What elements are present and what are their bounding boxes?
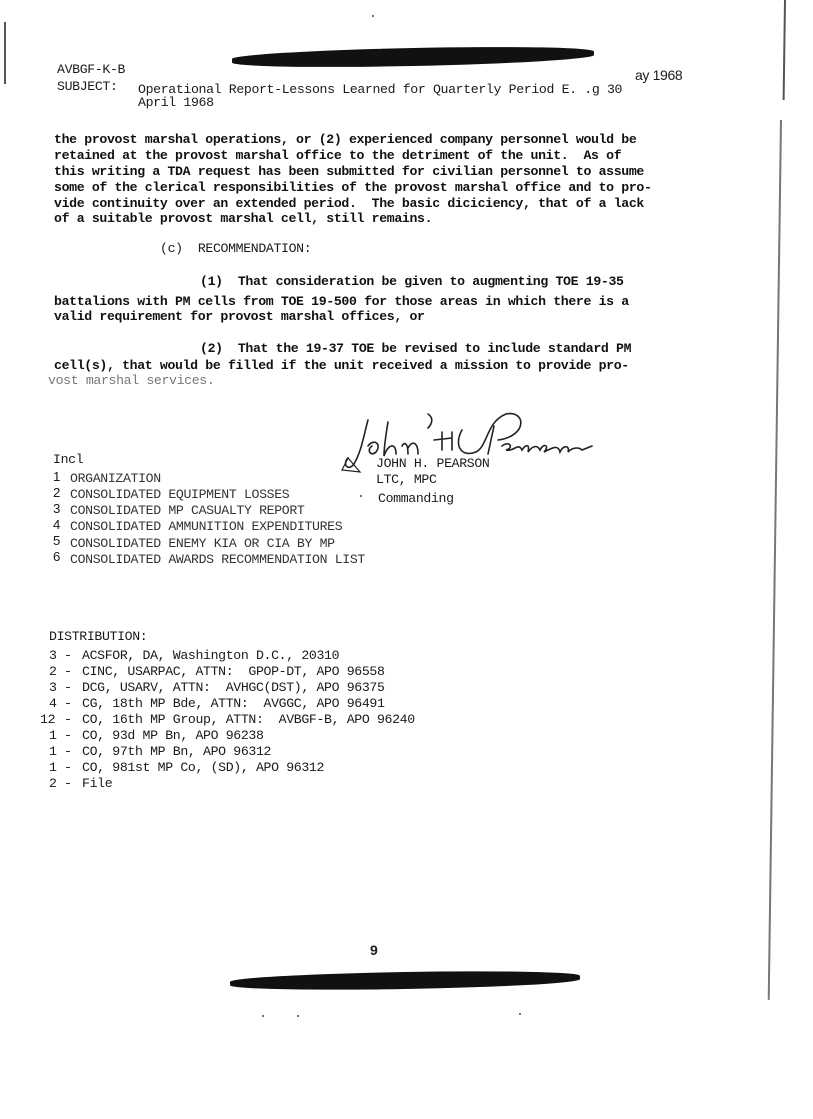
inclosure-number: 1 <box>53 469 60 485</box>
distribution-count: 3 <box>49 648 57 664</box>
inclosure-number: 6 <box>53 549 60 565</box>
distribution-recipient: CINC, USARPAC, ATTN: GPOP-DT, APO 96558 <box>82 664 385 680</box>
distribution-count: 4 <box>49 696 57 712</box>
distribution-count: 3 <box>49 680 57 696</box>
paragraph-line: retained at the provost marshal office t… <box>54 148 621 164</box>
subject-label: SUBJECT: <box>57 79 118 95</box>
subject-line-2: April 1968 <box>138 95 214 111</box>
scan-speck <box>360 495 362 497</box>
inclosure-title: CONSOLIDATED ENEMY KIA OR CIA BY MP <box>70 536 335 552</box>
redacted-classification-top <box>232 44 594 70</box>
distribution-dash: - <box>64 728 72 744</box>
distribution-recipient: CO, 97th MP Bn, APO 96312 <box>82 744 271 760</box>
distribution-count: 1 <box>49 728 57 744</box>
inclosure-title: CONSOLIDATED AMMUNITION EXPENDITURES <box>70 519 342 535</box>
distribution-recipient: CO, 93d MP Bn, APO 96238 <box>82 728 264 744</box>
paragraph-line: this writing a TDA request has been subm… <box>54 164 644 180</box>
inclosure-title: CONSOLIDATED EQUIPMENT LOSSES <box>70 487 289 503</box>
distribution-dash: - <box>64 760 72 776</box>
distribution-dash: - <box>64 696 72 712</box>
distribution-dash: - <box>64 664 72 680</box>
scan-speck <box>519 1013 521 1015</box>
signer-name: JOHN H. PEARSON <box>376 456 489 472</box>
inclosure-number: 5 <box>53 533 60 549</box>
scan-speck <box>372 15 374 17</box>
recommendation-line: (2) That the 19-37 TOE be revised to inc… <box>200 341 631 357</box>
inclosure-title: CONSOLIDATED AWARDS RECOMMENDATION LIST <box>70 552 365 568</box>
paragraph-line: the provost marshal operations, or (2) e… <box>54 132 636 148</box>
paragraph-line: some of the clerical responsibilities of… <box>54 180 652 196</box>
distribution-recipient: ACSFOR, DA, Washington D.C., 20310 <box>82 648 339 664</box>
distribution-recipient: DCG, USARV, ATTN: AVHGC(DST), APO 96375 <box>82 680 385 696</box>
recommendation-line: battalions with PM cells from TOE 19-500… <box>54 294 629 310</box>
distribution-count: 12 <box>40 712 55 728</box>
distribution-dash: - <box>64 776 72 792</box>
page-number: 9 <box>370 942 377 958</box>
distribution-recipient: File <box>82 776 112 792</box>
recommendation-line: valid requirement for provost marshal of… <box>54 309 425 325</box>
signer-title: Commanding <box>378 491 454 507</box>
redacted-classification-bottom <box>230 969 580 992</box>
inclosure-number: 3 <box>53 501 60 517</box>
inclosure-title: CONSOLIDATED MP CASUALTY REPORT <box>70 503 304 519</box>
distribution-dash: - <box>64 712 72 728</box>
scan-edge-line-left <box>4 22 6 84</box>
scan-edge-line-right <box>783 0 786 100</box>
scan-edge-line-right-lower <box>768 120 782 1000</box>
recommendation-heading: (c) RECOMMENDATION: <box>160 241 311 257</box>
distribution-dash: - <box>64 648 72 664</box>
distribution-recipient: CO, 16th MP Group, ATTN: AVBGF-B, APO 96… <box>82 712 415 728</box>
distribution-count: 2 <box>49 664 57 680</box>
signer-rank: LTC, MPC <box>376 472 437 488</box>
recommendation-line: vost marshal services. <box>48 373 214 389</box>
distribution-count: 1 <box>49 744 57 760</box>
document-date: ay 1968 <box>635 67 682 83</box>
inclosure-title: ORGANIZATION <box>70 471 161 487</box>
distribution-recipient: CG, 18th MP Bde, ATTN: AVGGC, APO 96491 <box>82 696 385 712</box>
distribution-recipient: CO, 981st MP Co, (SD), APO 96312 <box>82 760 324 776</box>
inclosure-number: 2 <box>53 485 60 501</box>
recommendation-line: (1) That consideration be given to augme… <box>200 274 624 290</box>
scan-speck <box>297 1015 299 1017</box>
paragraph-line: of a suitable provost marshal cell, stil… <box>54 211 432 227</box>
distribution-count: 2 <box>49 776 57 792</box>
distribution-label: DISTRIBUTION: <box>49 629 147 645</box>
recommendation-line: cell(s), that would be filled if the uni… <box>54 358 629 374</box>
distribution-dash: - <box>64 680 72 696</box>
distribution-dash: - <box>64 744 72 760</box>
office-symbol: AVBGF-K-B <box>57 62 125 78</box>
scanned-document-page: AVBGF-K-B ay 1968 SUBJECT: Operational R… <box>0 0 813 1119</box>
paragraph-line: vide continuity over an extended period.… <box>54 196 644 212</box>
inclosures-label: Incl <box>53 452 83 468</box>
inclosure-number: 4 <box>53 517 60 533</box>
scan-speck <box>262 1015 264 1017</box>
distribution-count: 1 <box>49 760 57 776</box>
